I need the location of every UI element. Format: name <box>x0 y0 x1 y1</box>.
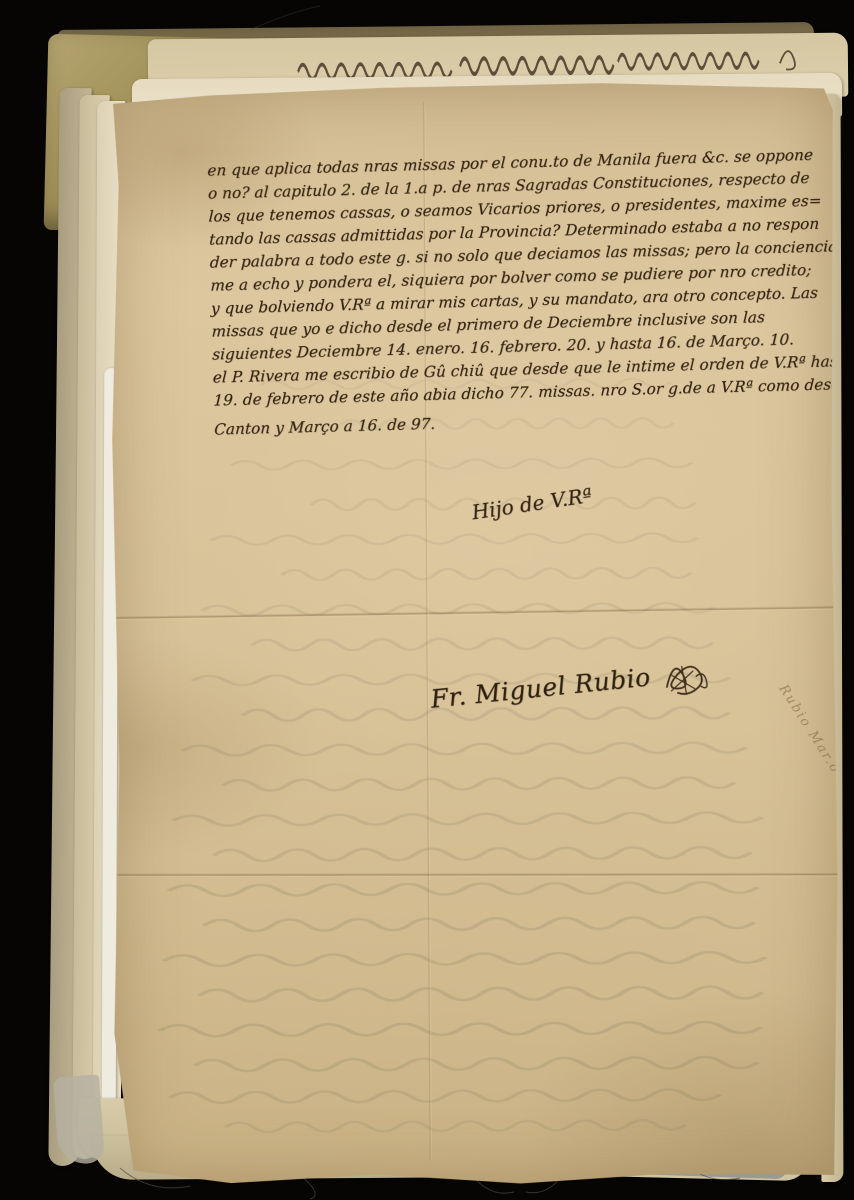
fold-crease-horizontal <box>113 873 837 878</box>
manuscript-photo: en que aplica todas nras missas por el c… <box>0 0 854 1200</box>
manuscript-page: en que aplica todas nras missas por el c… <box>109 82 840 1188</box>
signature-rubric-icon <box>657 649 714 704</box>
body-text: en que aplica todas nras missas por el c… <box>207 142 854 441</box>
